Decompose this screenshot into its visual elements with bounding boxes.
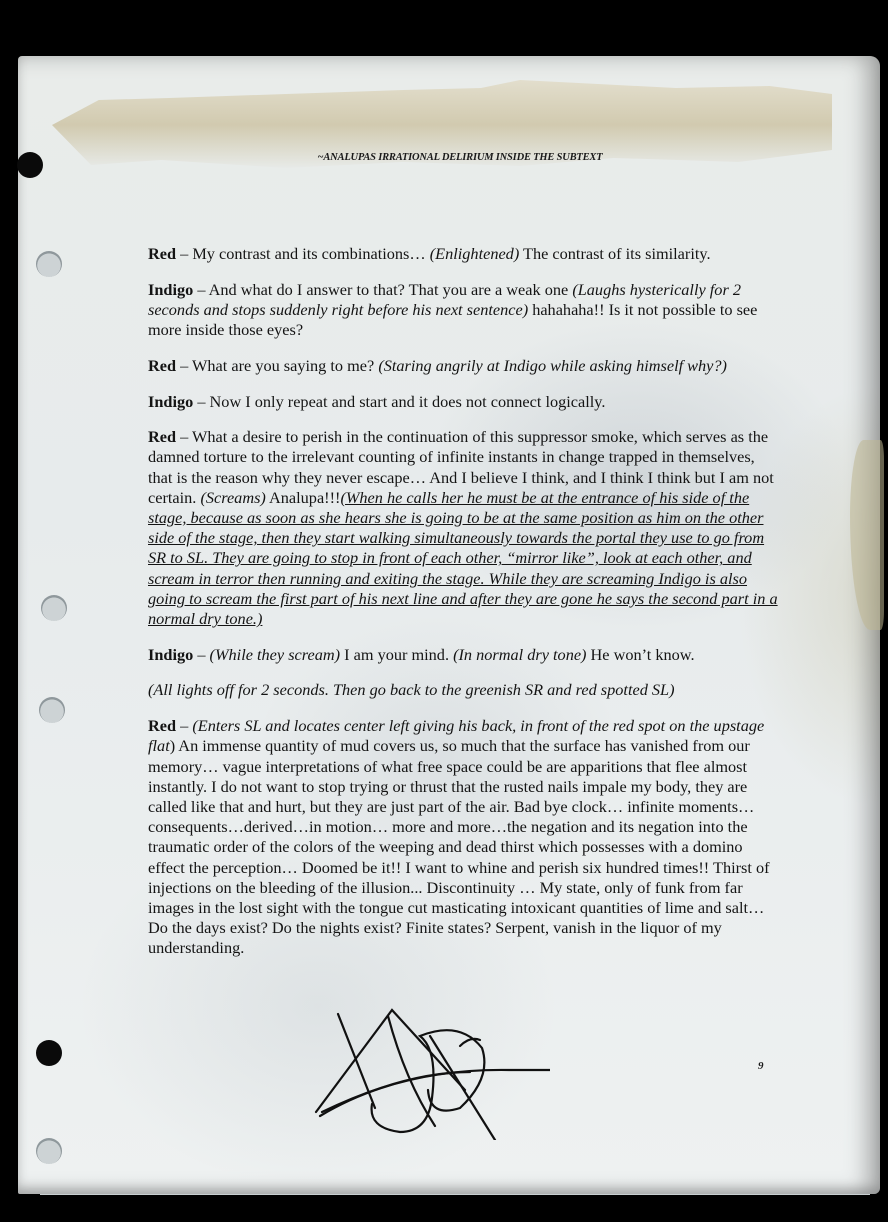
punch-hole: [36, 1138, 62, 1164]
dialogue-text: Analupa!!!: [266, 488, 341, 507]
stage-direction: (Enlightened): [430, 244, 520, 263]
speaker-name: Red: [148, 716, 176, 735]
dialogue-text: And what do I answer to that? That you a…: [209, 280, 573, 299]
speaker-name: Indigo: [148, 280, 193, 299]
speaker-name: Red: [148, 356, 176, 375]
page-number: 9: [758, 1060, 764, 1072]
punch-hole: [36, 251, 62, 277]
dialogue-text: My contrast and its combinations…: [192, 244, 429, 263]
dialogue-line: Red – My contrast and its combinations… …: [148, 244, 778, 264]
dialogue-text: The contrast of its similarity.: [519, 244, 710, 263]
dialogue-line: Red – What a desire to perish in the con…: [148, 427, 778, 629]
dialogue-text: He won’t know.: [586, 645, 694, 664]
dialogue-line: Red – What are you saying to me? (Starin…: [148, 356, 778, 376]
stage-direction: (When he calls her he must be at the ent…: [148, 488, 778, 628]
stage-direction: (Staring angrily at Indigo while asking …: [378, 356, 727, 375]
dialogue-line: Indigo – (While they scream) I am your m…: [148, 645, 778, 665]
punch-hole: [36, 1040, 62, 1066]
stage-direction: (Screams): [200, 488, 265, 507]
dialogue-line: Indigo – And what do I answer to that? T…: [148, 280, 778, 341]
dialogue-text: ) An immense quantity of mud covers us, …: [148, 736, 770, 957]
speaker-name: Red: [148, 427, 176, 446]
stage-direction: (In normal dry tone): [453, 645, 586, 664]
stage-direction: (All lights off for 2 seconds. Then go b…: [148, 680, 675, 699]
dialogue-line: (All lights off for 2 seconds. Then go b…: [148, 680, 778, 700]
speaker-name: Indigo: [148, 392, 193, 411]
dialogue-text: Now I only repeat and start and it does …: [210, 392, 606, 411]
running-header: ~ANALUPAS IRRATIONAL DELIRIUM INSIDE THE…: [16, 152, 888, 163]
dialogue-text: What are you saying to me?: [192, 356, 378, 375]
dialogue-text: I am your mind.: [340, 645, 453, 664]
signature-scribble: [310, 1000, 550, 1140]
speaker-name: Red: [148, 244, 176, 263]
dialogue-line: Indigo – Now I only repeat and start and…: [148, 392, 778, 412]
punch-hole: [41, 595, 67, 621]
speaker-name: Indigo: [148, 645, 193, 664]
script-body: Red – My contrast and its combinations… …: [148, 244, 778, 974]
dialogue-line: Red – (Enters SL and locates center left…: [148, 716, 778, 958]
stage-direction: (While they scream): [210, 645, 341, 664]
punch-hole: [39, 697, 65, 723]
